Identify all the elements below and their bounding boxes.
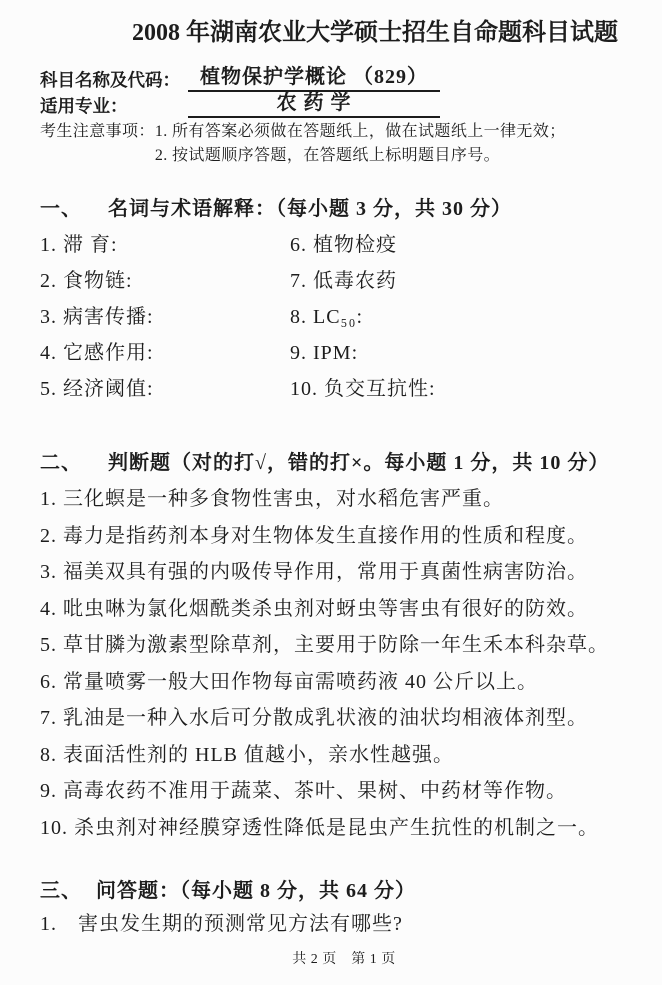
section-2-number: 二、 [40, 452, 82, 474]
subject-code-value: 植物保护学概论 （829） [188, 65, 440, 92]
term-item-4: 4. 它感作用: [40, 340, 290, 376]
terms-list: 1. 滞 育: 6. 植物检疫 2. 食物链: 7. 低毒农药 3. 病害传播:… [40, 232, 624, 412]
statement-9: 9. 高毒农药不准用于蔬菜、茶叶、果树、中药材等作物。 [40, 779, 624, 804]
section-3-heading: 三、问答题：（每小题 8 分，共 64 分） [40, 878, 624, 904]
notice-lines: 1. 所有答案必须做在答题纸上，做在试题纸上一律无效； 2. 按试题顺序答题，在… [155, 120, 566, 168]
term-item-8: 8. LC₅₀: [290, 304, 624, 340]
major-value: 农 药 学 [188, 91, 440, 118]
notice-label: 考生注意事项： [40, 120, 155, 168]
term-item-9: 9. IPM: [290, 340, 624, 376]
major-field: 适用专业： 农 药 学 [40, 92, 624, 118]
section-3-title: 问答题：（每小题 8 分，共 64 分） [96, 880, 416, 902]
notice-line-1: 1. 所有答案必须做在答题纸上，做在试题纸上一律无效； [155, 120, 566, 144]
statement-5: 5. 草甘膦为激素型除草剂，主要用于防除一年生禾本科杂草。 [40, 633, 624, 658]
major-label: 适用专业： [40, 94, 188, 118]
statement-3: 3. 福美双具有强的内吸传导作用，常用于真菌性病害防治。 [40, 560, 624, 585]
section-2-heading: 二、判断题（对的打√，错的打×。每小题 1 分，共 10 分） [40, 450, 624, 476]
page-footer: 共 2 页 第 1 页 [40, 951, 624, 969]
section-1-title: 名词与术语解释：（每小题 3 分，共 30 分） [108, 198, 512, 220]
question-1: 1. 害虫发生期的预测常见方法有哪些? [40, 912, 624, 937]
term-item-7: 7. 低毒农药 [290, 268, 624, 304]
statement-6: 6. 常量喷雾一般大田作物每亩需喷药液 40 公斤以上。 [40, 670, 624, 695]
term-item-1: 1. 滞 育: [40, 232, 290, 268]
section-1-number: 一、 [40, 198, 82, 220]
statement-1: 1. 三化螟是一种多食物性害虫，对水稻危害严重。 [40, 487, 624, 512]
section-3-number: 三、 [40, 880, 82, 902]
exam-paper-page: 2008 年湖南农业大学硕士招生自命题科目试题 科目名称及代码： 植物保护学概论… [0, 0, 662, 985]
notice-line-2: 2. 按试题顺序答题，在答题纸上标明题目序号。 [155, 144, 566, 168]
term-item-5: 5. 经济阈值: [40, 376, 290, 412]
exam-title: 2008 年湖南农业大学硕士招生自命题科目试题 [40, 18, 624, 48]
statement-10: 10. 杀虫剂对神经膜穿透性降低是昆虫产生抗性的机制之一。 [40, 816, 624, 841]
section-1-heading: 一、名词与术语解释：（每小题 3 分，共 30 分） [40, 196, 624, 222]
statement-7: 7. 乳油是一种入水后可分散成乳状液的油状均相液体剂型。 [40, 706, 624, 731]
term-item-2: 2. 食物链: [40, 268, 290, 304]
candidate-notice: 考生注意事项： 1. 所有答案必须做在答题纸上，做在试题纸上一律无效； 2. 按… [40, 120, 624, 168]
subject-code-label: 科目名称及代码： [40, 68, 188, 92]
statement-8: 8. 表面活性剂的 HLB 值越小，亲水性越强。 [40, 743, 624, 768]
term-item-6: 6. 植物检疫 [290, 232, 624, 268]
term-item-3: 3. 病害传播: [40, 304, 290, 340]
statement-2: 2. 毒力是指药剂本身对生物体发生直接作用的性质和程度。 [40, 524, 624, 549]
judgement-statements: 1. 三化螟是一种多食物性害虫，对水稻危害严重。 2. 毒力是指药剂本身对生物体… [40, 487, 624, 841]
subject-code-field: 科目名称及代码： 植物保护学概论 （829） [40, 66, 624, 92]
statement-4: 4. 吡虫啉为氯化烟酰类杀虫剂对蚜虫等害虫有很好的防效。 [40, 597, 624, 622]
term-item-10: 10. 负交互抗性: [290, 376, 624, 412]
section-2-title: 判断题（对的打√，错的打×。每小题 1 分，共 10 分） [108, 452, 609, 474]
